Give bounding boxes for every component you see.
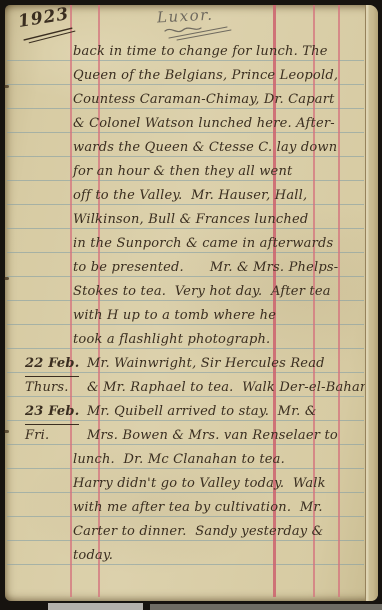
text-line: Wilkinson, Bull & Frances lunched	[25, 208, 370, 232]
line-text: back in time to change for lunch. The	[73, 40, 328, 64]
text-line: Stokes to tea. Very hot day. After tea	[25, 280, 370, 304]
date-label: 23 Feb.	[25, 400, 79, 425]
table-edge-shadow	[48, 603, 143, 610]
line-text: Harry didn't go to Valley today. Walk	[73, 472, 326, 496]
line-text: lunch. Dr. Mc Clanahan to tea.	[73, 448, 285, 472]
line-text: today.	[73, 544, 113, 568]
line-text: Queen of the Belgians, Prince Leopold,	[73, 64, 338, 88]
line-text: in the Sunporch & came in afterwards	[73, 232, 333, 256]
text-line: Fri.Mrs. Bowen & Mrs. van Renselaer to	[25, 424, 370, 448]
text-line: Queen of the Belgians, Prince Leopold,	[25, 64, 370, 88]
line-text: for an hour & then they all went	[73, 160, 292, 184]
date-label: 22 Feb.	[25, 352, 79, 377]
text-line: wards the Queen & Ctesse C. lay down	[25, 136, 370, 160]
line-text: to be presented. Mr. & Mrs. Phelps-	[73, 256, 338, 280]
day-label: Thurs.	[25, 376, 69, 400]
place-underline-flourish	[163, 23, 235, 41]
text-line: lunch. Dr. Mc Clanahan to tea.	[25, 448, 370, 472]
line-text: off to the Valley. Mr. Hauser, Hall,	[73, 184, 307, 208]
text-line: took a flashlight photograph.	[25, 328, 370, 352]
day-label: Fri.	[25, 424, 49, 448]
text-line: Carter to dinner. Sandy yesterday &	[25, 520, 370, 544]
line-text: with H up to a tomb where he	[73, 304, 276, 328]
handwritten-text: back in time to change for lunch. TheQue…	[25, 40, 370, 568]
line-text: Carter to dinner. Sandy yesterday &	[73, 520, 323, 544]
text-line: with H up to a tomb where he	[25, 304, 370, 328]
text-line: with me after tea by cultivation. Mr.	[25, 496, 370, 520]
text-line: Thurs.& Mr. Raphael to tea. Walk Der-el-…	[25, 376, 370, 400]
text-line: in the Sunporch & came in afterwards	[25, 232, 370, 256]
text-line: Countess Caraman-Chimay, Dr. Capart	[25, 88, 370, 112]
line-text: Wilkinson, Bull & Frances lunched	[73, 208, 308, 232]
line-text: Mrs. Bowen & Mrs. van Renselaer to	[87, 424, 338, 448]
text-line: & Colonel Watson lunched here. After-	[25, 112, 370, 136]
line-text: & Colonel Watson lunched here. After-	[73, 112, 335, 136]
line-text: Stokes to tea. Very hot day. After tea	[73, 280, 331, 304]
line-text: Mr. Wainwright, Sir Hercules Read	[87, 352, 325, 376]
line-text: Mr. Quibell arrived to stay. Mr. &	[87, 400, 317, 424]
notebook-page: 1923 Luxor. back in time to change for l…	[5, 5, 378, 601]
line-text: wards the Queen & Ctesse C. lay down	[73, 136, 337, 160]
text-line: to be presented. Mr. & Mrs. Phelps-	[25, 256, 370, 280]
table-edge-shadow	[150, 604, 382, 610]
text-line: 23 Feb.Mr. Quibell arrived to stay. Mr. …	[25, 400, 370, 424]
page-stack-edge	[365, 5, 378, 601]
line-text: took a flashlight photograph.	[73, 328, 270, 352]
line-text: & Mr. Raphael to tea. Walk Der-el-Bahari…	[87, 376, 375, 400]
text-line: for an hour & then they all went	[25, 160, 370, 184]
diary-photo: 1923 Luxor. back in time to change for l…	[0, 0, 382, 610]
binding-notch	[4, 85, 9, 88]
line-text: with me after tea by cultivation. Mr.	[73, 496, 323, 520]
line-text: Countess Caraman-Chimay, Dr. Capart	[73, 88, 335, 112]
text-line: 22 Feb.Mr. Wainwright, Sir Hercules Read	[25, 352, 370, 376]
text-line: today.	[25, 544, 370, 568]
binding-notch	[4, 277, 9, 280]
text-line: off to the Valley. Mr. Hauser, Hall,	[25, 184, 370, 208]
text-line: Harry didn't go to Valley today. Walk	[25, 472, 370, 496]
text-line: back in time to change for lunch. The	[25, 40, 370, 64]
binding-notch	[4, 430, 9, 433]
